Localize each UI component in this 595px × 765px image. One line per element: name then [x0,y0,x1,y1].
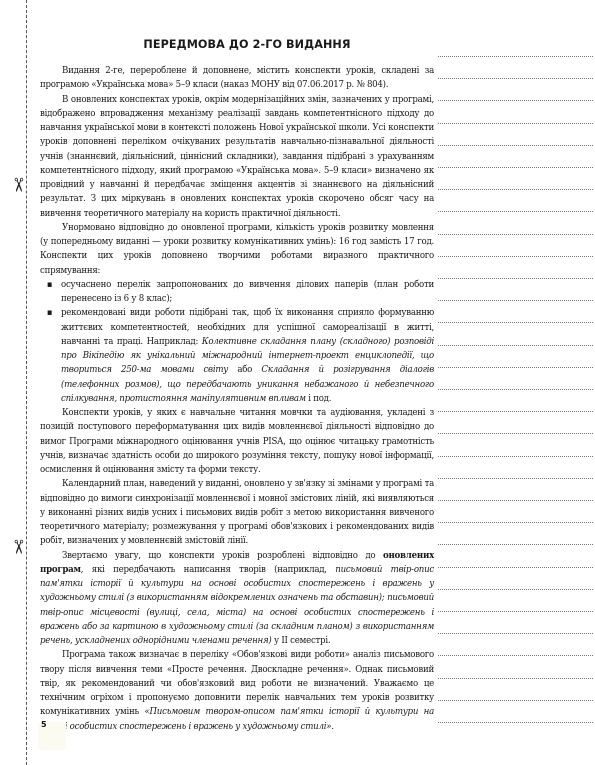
list-item-text: і под. [306,393,332,404]
note-line [438,678,593,679]
note-line [438,234,593,235]
cut-line [26,0,27,765]
note-line [438,367,593,368]
notes-column [438,0,595,765]
paragraph: Звертаємо увагу, що конспекти уроків роз… [40,549,434,649]
note-line [438,456,593,457]
list-item: ▪ осучаснено перелік запропонованих до в… [40,278,434,307]
note-line [438,544,593,545]
italic-text: письмовий твір-опис пам'ятки історії й к… [40,564,434,646]
note-line [438,500,593,501]
text: Звертаємо увагу, що конспекти уроків роз… [62,550,383,561]
paragraph: Програма також визначає в переліку «Обов… [40,648,434,734]
note-line [438,56,593,57]
page-title: ПЕРЕДМОВА ДО 2-ГО ВИДАННЯ [40,38,434,51]
paragraph: Видання 2-ге, перероблене й доповнене, м… [40,64,434,93]
note-line [438,256,593,257]
text: у ІІ семестрі. [272,635,331,646]
paragraph: В оновлених конспектах уроків, окрім мод… [40,93,434,221]
document-body: ПЕРЕДМОВА ДО 2-ГО ВИДАННЯ Видання 2-ге, … [40,38,434,734]
paragraph: Календарний план, наведений у виданні, о… [40,477,434,548]
note-line [438,145,593,146]
note-line [438,611,593,612]
text: , які передбачають написання творів (нап… [81,564,336,575]
note-line [438,167,593,168]
note-line [438,345,593,346]
note-line [438,411,593,412]
list-item-text: або [228,364,261,375]
bullet-icon: ▪ [47,278,52,292]
paragraph: Унормовано відповідно до оновленої прогр… [40,221,434,278]
note-line [438,567,593,568]
list-item-text: осучаснено перелік запропонованих до вив… [61,279,434,304]
bullet-icon: ▪ [47,306,52,320]
note-line [438,589,593,590]
note-line [438,633,593,634]
note-line [438,655,593,656]
note-line [438,700,593,701]
note-line [438,433,593,434]
note-line [438,522,593,523]
note-line [438,100,593,101]
scissors-icon: ✂ [7,539,29,557]
note-line [438,78,593,79]
text: . [331,721,334,732]
bullet-list: ▪ осучаснено перелік запропонованих до в… [40,278,434,406]
note-line [438,123,593,124]
note-line [438,300,593,301]
note-line [438,278,593,279]
paragraph: Конспекти уроків, у яких є навчальне чит… [40,406,434,477]
note-line [438,322,593,323]
scissors-icon: ✂ [7,177,29,195]
note-line [438,389,593,390]
list-item: ▪ рекомендовані види роботи підібрані та… [40,306,434,406]
note-line [438,478,593,479]
note-line [438,211,593,212]
note-line [438,189,593,190]
page-number: 5 [41,720,47,729]
note-line [438,722,593,723]
